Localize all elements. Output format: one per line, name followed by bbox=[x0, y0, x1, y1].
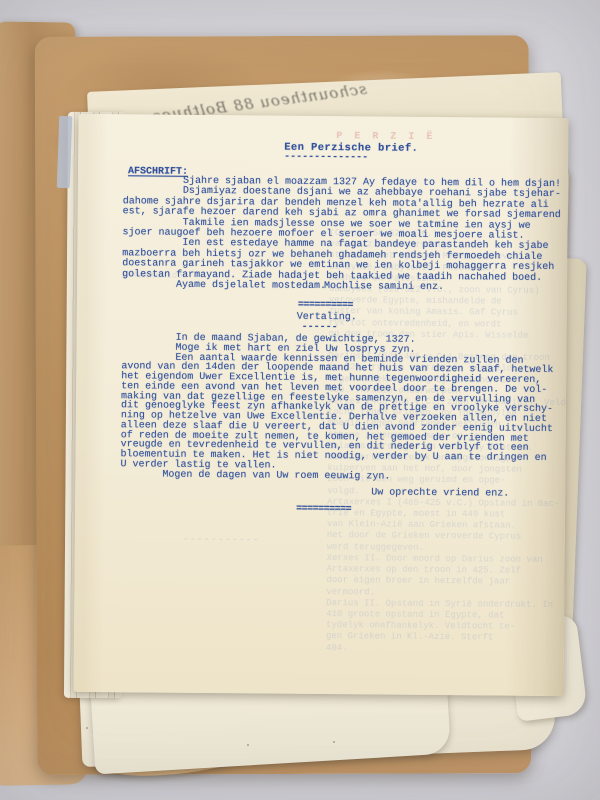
photo-of-document-stack: schountheou 88 Bolthues P E R Z I Ë (Cyr… bbox=[0, 0, 600, 800]
dust-speck bbox=[247, 744, 249, 746]
ghost-red-header: P E R Z I Ë bbox=[336, 131, 435, 143]
separator-1: ========== bbox=[298, 300, 353, 311]
vertaling-underline: ------ bbox=[302, 322, 338, 333]
title-underline: -------------- bbox=[284, 152, 368, 164]
separator-2: ========== bbox=[296, 504, 351, 515]
vertaling-signoff: Uw oprechte vriend enz. bbox=[371, 487, 509, 499]
vertaling-body: In de maand Sjaban, de gewichtige, 1327.… bbox=[120, 333, 553, 483]
bleedthrough-dash-fragment: ----------- bbox=[183, 535, 260, 547]
dust-speck bbox=[86, 727, 88, 729]
dust-speck bbox=[333, 741, 335, 743]
afschrift-body: Sjahre sjaban el moazzam 1327 Ay fedaye … bbox=[122, 176, 561, 294]
blue-paper-edge bbox=[57, 116, 73, 188]
typed-letter-page: P E R Z I Ë (Cyrus 558-529 v.C.) van Per… bbox=[73, 114, 568, 696]
afschrift-signoff: Mochlise samini enz. bbox=[324, 281, 444, 293]
